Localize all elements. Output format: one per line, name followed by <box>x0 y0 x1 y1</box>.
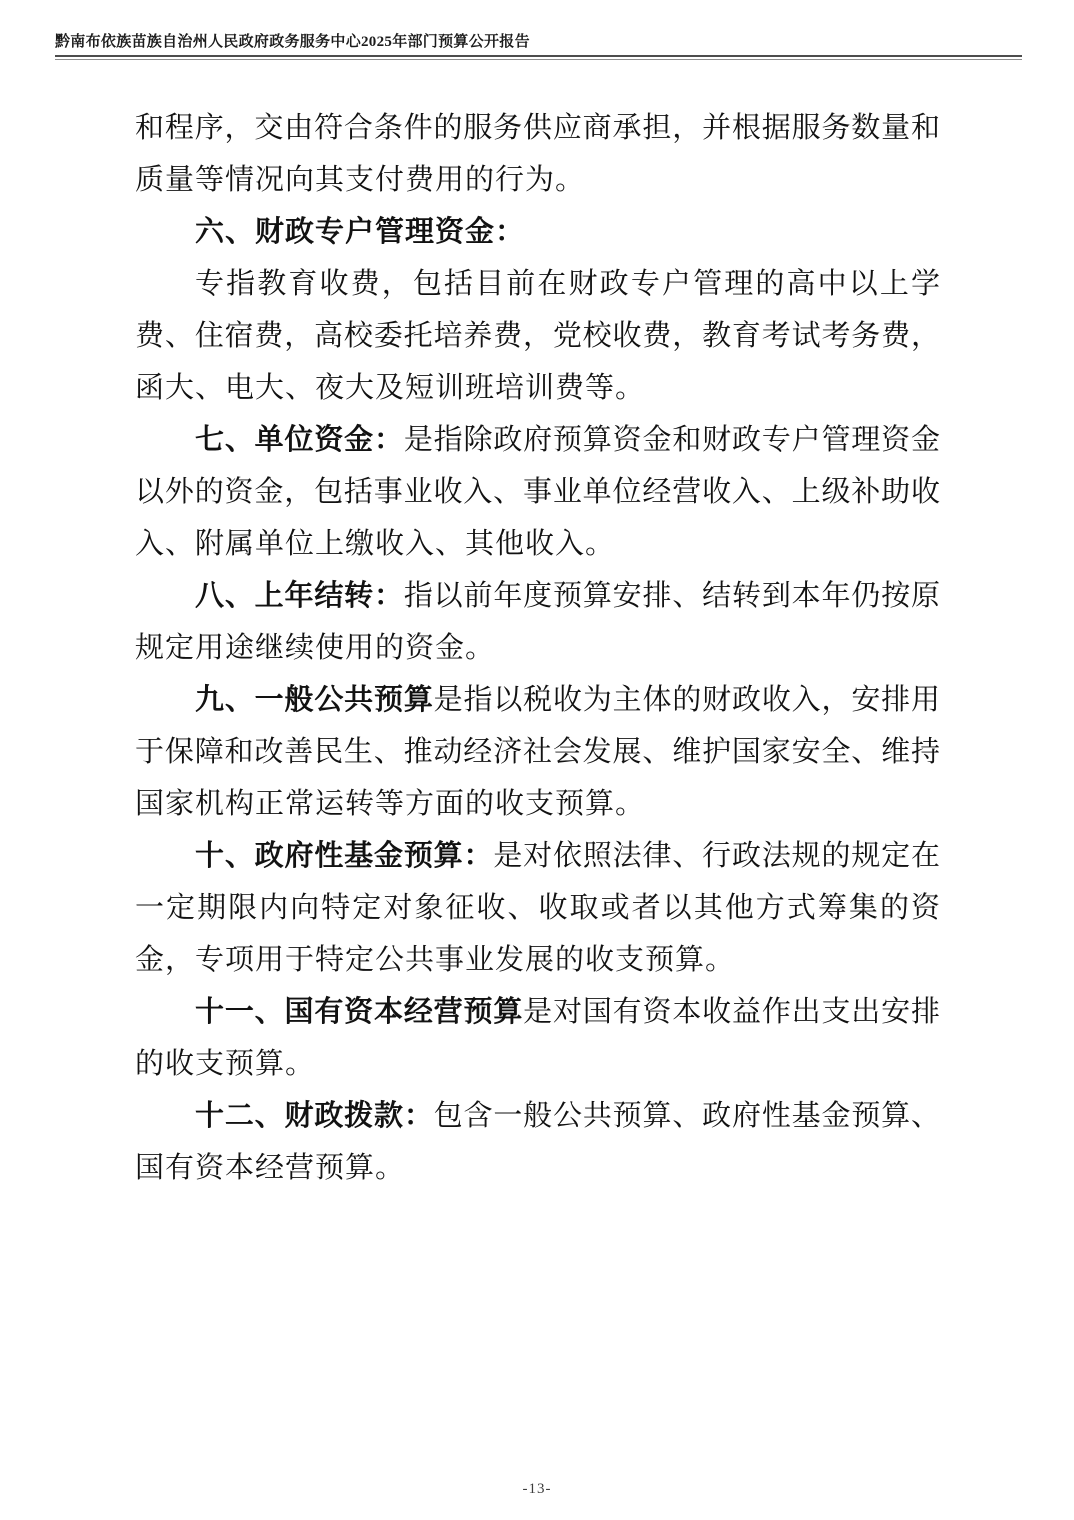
text-line: 入、附属单位上缴收入、其他收入。 <box>135 518 940 570</box>
text-line: 的收支预算。 <box>135 1038 940 1090</box>
body-text: 质量等情况向其支付费用的行为。 <box>135 164 585 196</box>
body-text: 入、附属单位上缴收入、其他收入。 <box>135 528 615 560</box>
text-line: 六、财政专户管理资金： <box>135 206 940 258</box>
page-footer: -13- <box>0 1480 1074 1498</box>
text-line: 于保障和改善民生、推动经济社会发展、维护国家安全、维持 <box>135 726 940 778</box>
text-line: 八、上年结转：指以前年度预算安排、结转到本年仍按原 <box>135 570 940 622</box>
body-text: 函大、电大、夜大及短训班培训费等。 <box>135 372 645 404</box>
section-term-bold: 七、单位资金： <box>195 424 404 456</box>
text-line: 专指教育收费，包括目前在财政专户管理的高中以上学 <box>135 258 940 310</box>
text-line: 规定用途继续使用的资金。 <box>135 622 940 674</box>
body-text: 以外的资金，包括事业收入、事业单位经营收入、上级补助收 <box>135 476 940 508</box>
body-text: 是对依照法律、行政法规的规定在 <box>493 840 940 872</box>
body-text: 的收支预算。 <box>135 1048 315 1080</box>
document-body: 和程序，交由符合条件的服务供应商承担，并根据服务数量和质量等情况向其支付费用的行… <box>135 102 940 1194</box>
text-line: 质量等情况向其支付费用的行为。 <box>135 154 940 206</box>
section-term-bold: 九、一般公共预算 <box>195 684 434 716</box>
text-line: 七、单位资金：是指除政府预算资金和财政专户管理资金 <box>135 414 940 466</box>
text-line: 金，专项用于特定公共事业发展的收支预算。 <box>135 934 940 986</box>
body-text: 是指除政府预算资金和财政专户管理资金 <box>404 424 940 456</box>
text-line: 国家机构正常运转等方面的收支预算。 <box>135 778 940 830</box>
text-line: 十一、国有资本经营预算是对国有资本收益作出支出安排 <box>135 986 940 1038</box>
section-term-bold: 六、财政专户管理资金： <box>195 216 525 248</box>
body-text: 指以前年度预算安排、结转到本年仍按原 <box>404 580 940 612</box>
text-line: 以外的资金，包括事业收入、事业单位经营收入、上级补助收 <box>135 466 940 518</box>
text-line: 费、住宿费，高校委托培养费，党校收费，教育考试考务费， <box>135 310 940 362</box>
body-text: 于保障和改善民生、推动经济社会发展、维护国家安全、维持 <box>135 736 940 768</box>
text-line: 十二、财政拨款：包含一般公共预算、政府性基金预算、 <box>135 1090 940 1142</box>
text-line: 九、一般公共预算是指以税收为主体的财政收入，安排用 <box>135 674 940 726</box>
body-text: 国家机构正常运转等方面的收支预算。 <box>135 788 645 820</box>
text-line: 函大、电大、夜大及短训班培训费等。 <box>135 362 940 414</box>
body-text: 一定期限内向特定对象征收、收取或者以其他方式筹集的资 <box>135 892 940 924</box>
document-page: 黔南布依族苗族自治州人民政府政务服务中心2025年部门预算公开报告 和程序，交由… <box>0 0 1074 1520</box>
body-text: 是指以税收为主体的财政收入，安排用 <box>434 684 940 716</box>
section-term-bold: 十二、财政拨款： <box>195 1100 434 1132</box>
text-line: 和程序，交由符合条件的服务供应商承担，并根据服务数量和 <box>135 102 940 154</box>
body-text: 是对国有资本收益作出支出安排 <box>523 996 940 1028</box>
page-header: 黔南布依族苗族自治州人民政府政务服务中心2025年部门预算公开报告 <box>55 30 1022 60</box>
text-line: 十、政府性基金预算：是对依照法律、行政法规的规定在 <box>135 830 940 882</box>
page-number: -13- <box>523 1481 552 1497</box>
body-text: 费、住宿费，高校委托培养费，党校收费，教育考试考务费， <box>135 320 940 352</box>
section-term-bold: 八、上年结转： <box>195 580 404 612</box>
header-rule <box>55 55 1022 60</box>
body-text: 金，专项用于特定公共事业发展的收支预算。 <box>135 944 735 976</box>
body-text: 和程序，交由符合条件的服务供应商承担，并根据服务数量和 <box>135 112 940 144</box>
text-line: 一定期限内向特定对象征收、收取或者以其他方式筹集的资 <box>135 882 940 934</box>
section-term-bold: 十一、国有资本经营预算 <box>195 996 523 1028</box>
body-text: 包含一般公共预算、政府性基金预算、 <box>434 1100 940 1132</box>
text-line: 国有资本经营预算。 <box>135 1142 940 1194</box>
header-title: 黔南布依族苗族自治州人民政府政务服务中心2025年部门预算公开报告 <box>55 30 1022 51</box>
body-text: 专指教育收费，包括目前在财政专户管理的高中以上学 <box>195 268 940 300</box>
section-term-bold: 十、政府性基金预算： <box>195 840 493 872</box>
body-text: 国有资本经营预算。 <box>135 1152 405 1184</box>
body-text: 规定用途继续使用的资金。 <box>135 632 495 664</box>
